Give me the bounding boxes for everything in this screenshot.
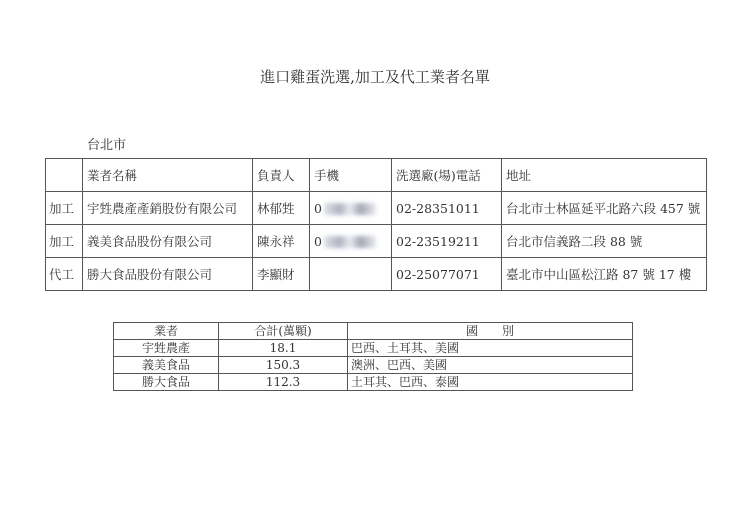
cell-total: 18.1 [219,340,348,357]
cell-person: 林郁甡 [253,192,310,225]
header-mobile: 手機 [310,159,392,192]
cell-phone: 02-28351011 [392,192,502,225]
cell-vendor: 義美食品 [114,357,219,374]
header-person: 負責人 [253,159,310,192]
cell-vendor: 宇甡農產 [114,340,219,357]
document-title: 進口雞蛋洗選,加工及代工業者名單 [0,66,750,87]
header-address: 地址 [502,159,707,192]
table-header-row: 業者名稱 負責人 手機 洗選廠(場)電話 地址 [46,159,707,192]
summary-row: 宇甡農產 18.1 巴西、土耳其、美國 [114,340,633,357]
header-total: 合計(萬顆) [219,323,348,340]
header-phone: 洗選廠(場)電話 [392,159,502,192]
cell-mobile: 0 [310,192,392,225]
city-label: 台北市 [87,134,126,153]
header-type [46,159,83,192]
cell-countries: 澳洲、巴西、美國 [348,357,633,374]
cell-company: 義美食品股份有限公司 [83,225,253,258]
mobile-prefix: 0 [314,234,322,249]
header-company: 業者名稱 [83,159,253,192]
mobile-prefix: 0 [314,201,322,216]
cell-person: 陳永祥 [253,225,310,258]
cell-type: 加工 [46,192,83,225]
table-row: 加工 宇甡農產產銷股份有限公司 林郁甡 0 02-28351011 台北市士林區… [46,192,707,225]
cell-type: 加工 [46,225,83,258]
cell-address: 台北市士林區延平北路六段 457 號 [502,192,707,225]
vendor-table: 業者名稱 負責人 手機 洗選廠(場)電話 地址 加工 宇甡農產產銷股份有限公司 … [45,158,707,291]
redacted-blur [324,203,376,215]
cell-countries: 土耳其、巴西、泰國 [348,374,633,391]
cell-total: 150.3 [219,357,348,374]
header-countries: 國 別 [348,323,633,340]
cell-vendor: 勝大食品 [114,374,219,391]
cell-person: 李顯財 [253,258,310,291]
table-row: 加工 義美食品股份有限公司 陳永祥 0 02-23519211 台北市信義路二段… [46,225,707,258]
cell-mobile [310,258,392,291]
cell-company: 宇甡農產產銷股份有限公司 [83,192,253,225]
cell-type: 代工 [46,258,83,291]
summary-row: 義美食品 150.3 澳洲、巴西、美國 [114,357,633,374]
summary-row: 勝大食品 112.3 土耳其、巴西、泰國 [114,374,633,391]
cell-address: 台北市信義路二段 88 號 [502,225,707,258]
cell-company: 勝大食品股份有限公司 [83,258,253,291]
import-summary-table: 業者 合計(萬顆) 國 別 宇甡農產 18.1 巴西、土耳其、美國 義美食品 1… [113,322,633,391]
summary-header-row: 業者 合計(萬顆) 國 別 [114,323,633,340]
cell-address: 臺北市中山區松江路 87 號 17 樓 [502,258,707,291]
table-row: 代工 勝大食品股份有限公司 李顯財 02-25077071 臺北市中山區松江路 … [46,258,707,291]
cell-mobile: 0 [310,225,392,258]
header-vendor: 業者 [114,323,219,340]
cell-countries: 巴西、土耳其、美國 [348,340,633,357]
redacted-blur [324,236,376,248]
cell-phone: 02-23519211 [392,225,502,258]
cell-phone: 02-25077071 [392,258,502,291]
cell-total: 112.3 [219,374,348,391]
